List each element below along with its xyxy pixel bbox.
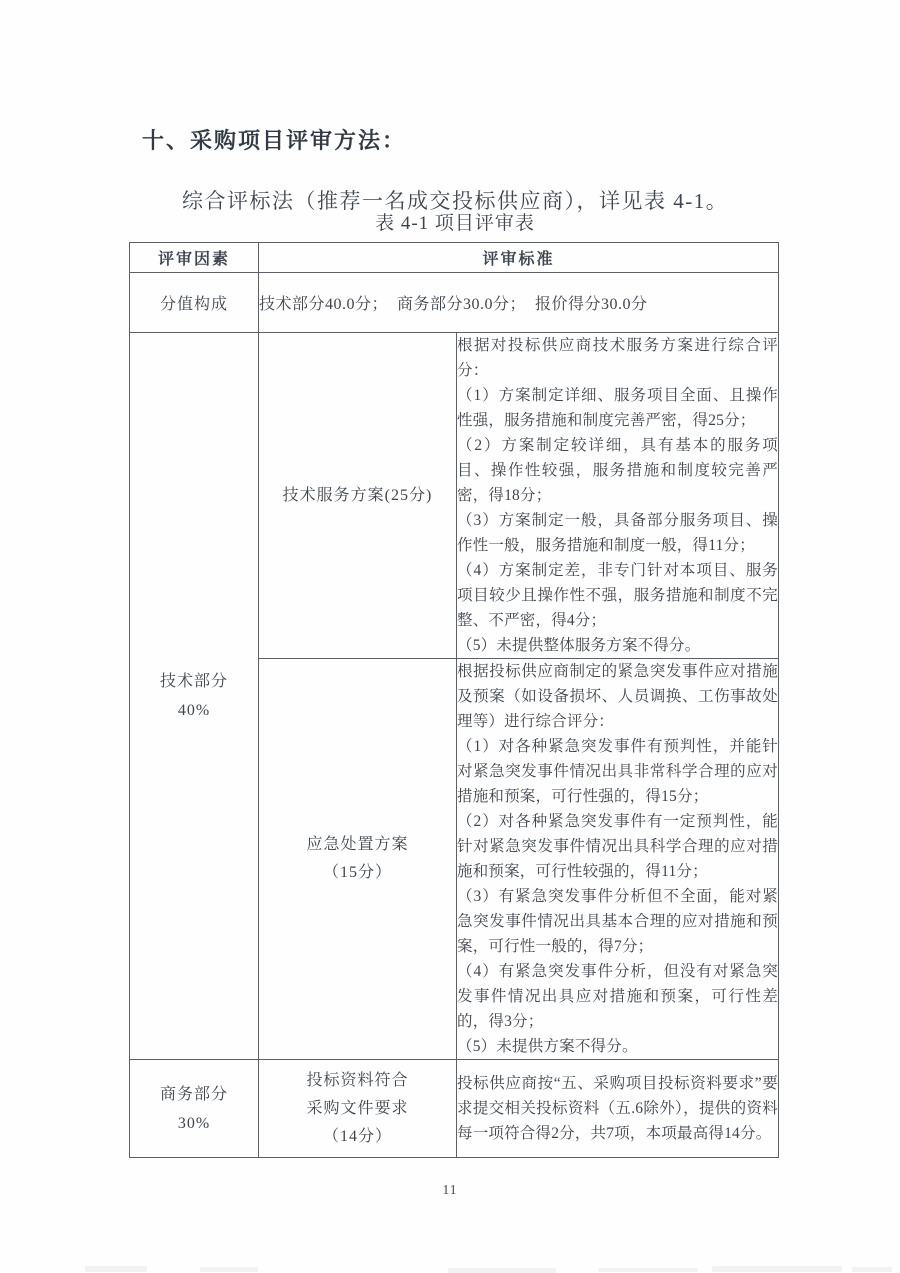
document-page: 十、采购项目评审方法： 综合评标法（推荐一名成交投标供应商），详见表 4-1。 … xyxy=(0,0,900,1273)
scan-edge-artifact xyxy=(712,1266,842,1272)
score-composition-value: 技术部分40.0分； 商务部分30.0分； 报价得分30.0分 xyxy=(259,273,779,333)
table-caption: 表 4-1 项目评审表 xyxy=(0,208,900,235)
technical-section-label: 技术部分 xyxy=(130,667,258,696)
business-section-cell: 商务部分 30% xyxy=(130,1060,259,1158)
technical-section-cell: 技术部分 40% xyxy=(130,333,259,1060)
scan-edge-artifact xyxy=(448,1268,556,1273)
business-section-label: 商务部分 xyxy=(130,1080,258,1109)
emergency-plan-name-cell: 应急处置方案 （15分） xyxy=(259,659,457,1060)
table-header-row: 评审因素 评审标准 xyxy=(130,243,779,273)
business-section-weight: 30% xyxy=(130,1109,258,1138)
scan-edge-artifact xyxy=(85,1266,147,1272)
page-number: 11 xyxy=(0,1182,900,1198)
tech-service-plan-criteria: 根据对投标供应商技术服务方案进行综合评分： （1）方案制定详细、服务项目全面、且… xyxy=(457,333,779,659)
criteria-column-header: 评审标准 xyxy=(259,243,779,273)
emergency-plan-name-line2: （15分） xyxy=(259,859,456,887)
emergency-plan-name-line1: 应急处置方案 xyxy=(259,831,456,859)
tech-service-plan-row: 技术部分 40% 技术服务方案(25分) 根据对投标供应商技术服务方案进行综合评… xyxy=(130,333,779,659)
factor-column-header: 评审因素 xyxy=(130,243,259,273)
emergency-plan-criteria: 根据投标供应商制定的紧急突发事件应对措施及预案（如设备损坏、人员调换、工伤事故处… xyxy=(457,659,779,1060)
tech-service-plan-name-cell: 技术服务方案(25分) xyxy=(259,333,457,659)
scan-edge-artifact xyxy=(852,1267,892,1272)
score-composition-label: 分值构成 xyxy=(130,273,259,333)
tech-service-plan-name: 技术服务方案(25分) xyxy=(259,482,456,510)
technical-section-weight: 40% xyxy=(130,696,258,725)
bid-materials-name-line3: （14分） xyxy=(259,1123,456,1151)
bid-materials-criteria: 投标供应商按“五、采购项目投标资料要求”要求提交相关投标资料（五.6除外），提供… xyxy=(457,1060,779,1158)
bid-materials-name-line1: 投标资料符合 xyxy=(259,1067,456,1095)
score-composition-row: 分值构成 技术部分40.0分； 商务部分30.0分； 报价得分30.0分 xyxy=(130,273,779,333)
evaluation-table: 评审因素 评审标准 分值构成 技术部分40.0分； 商务部分30.0分； 报价得… xyxy=(129,242,779,1158)
business-section-row: 商务部分 30% 投标资料符合 采购文件要求 （14分） 投标供应商按“五、采购… xyxy=(130,1060,779,1158)
section-heading: 十、采购项目评审方法： xyxy=(142,124,406,155)
scan-edge-artifact xyxy=(598,1268,698,1272)
scan-edge-artifact xyxy=(200,1267,258,1272)
bid-materials-name-cell: 投标资料符合 采购文件要求 （14分） xyxy=(259,1060,457,1158)
bid-materials-name-line2: 采购文件要求 xyxy=(259,1095,456,1123)
